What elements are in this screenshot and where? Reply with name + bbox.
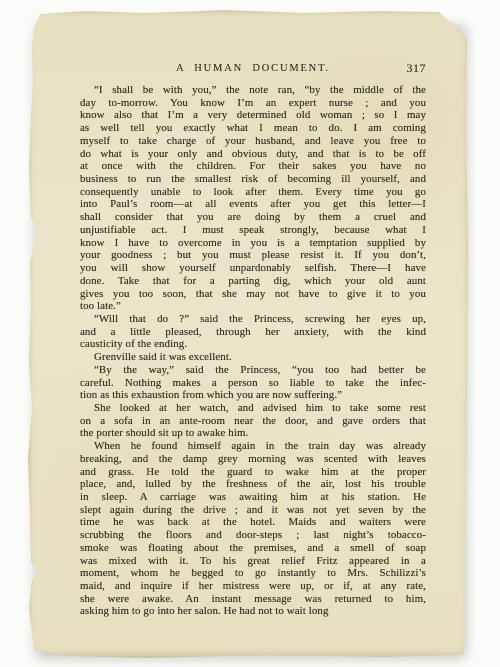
text-line: business to run the smallest risk of bec… (80, 173, 426, 186)
text-line: at once with the children. For their sak… (80, 160, 426, 173)
photo-backdrop: A HUMAN DOCUMENT. 317 “I shall be with y… (0, 0, 500, 667)
text-line: shall consider that you are doing by the… (80, 211, 426, 224)
text-line: “Will that do ?” said the Princess, scre… (80, 313, 426, 326)
text-line: was mixed with it. To his great relief F… (80, 555, 426, 568)
text-line: day to-morrow. You know I’m an expert nu… (80, 97, 426, 110)
text-line: moment, whom he begged to go instantly t… (80, 567, 426, 580)
text-line: gives you too soon, that she may not hav… (80, 288, 426, 301)
text-line: slept again during the drive ; and it wa… (80, 504, 426, 517)
text-line: the porter should sit up to awake him. (80, 427, 426, 440)
text-line: and a little pleased, through her anxiet… (80, 326, 426, 339)
text-line: as well tell you exactly what I mean to … (80, 122, 426, 135)
text-line: in sleep. A carriage was awaiting him at… (80, 491, 426, 504)
page-header: A HUMAN DOCUMENT. 317 (80, 63, 426, 79)
text-line: and grass. He told the guard to wake him… (80, 466, 426, 479)
text-line: maid, and inquire if her mistress were u… (80, 580, 426, 593)
running-head: A HUMAN DOCUMENT. (80, 63, 426, 74)
text-line: time he was back at the hotel. Maids and… (80, 516, 426, 529)
text-line: place, and, lulled by the freshness of t… (80, 478, 426, 491)
text-line: consequently unable to look after them. … (80, 186, 426, 199)
text-line: into Paul’s room—at all events after you… (80, 198, 426, 211)
text-line: asking him to go into her salon. He had … (80, 605, 426, 618)
text-line: know also that I’m a very determined old… (80, 109, 426, 122)
text-line: causticity of the ending. (80, 338, 426, 351)
page-number: 317 (407, 61, 427, 76)
text-line: breaking, and the damp grey morning was … (80, 453, 426, 466)
text-line: She looked at her watch, and advised him… (80, 402, 426, 415)
text-line: Grenville said it was excellent. (80, 351, 426, 364)
text-line: tion as this exhaustion from which you a… (80, 389, 426, 402)
text-line: “I shall be with you,” the note ran, “by… (80, 84, 426, 97)
text-line: careful. Nothing makes a person so liabl… (80, 377, 426, 390)
text-line: know I have to overcome in you is a temp… (80, 237, 426, 250)
text-line: smoke was floating about the premises, a… (80, 542, 426, 555)
book-page: A HUMAN DOCUMENT. 317 “I shall be with y… (26, 8, 470, 658)
text-line: myself to take charge of your husband, a… (80, 135, 426, 148)
text-line: “By the way,” said the Princess, “you to… (80, 364, 426, 377)
text-line: scrubbing the floors and door-steps ; la… (80, 529, 426, 542)
text-line: your goodness ; but you must please resi… (80, 249, 426, 262)
text-line: done. Take that for a parting dig, which… (80, 275, 426, 288)
text-line: she were awake. An instant message was r… (80, 593, 426, 606)
text-line: unjustifiable act. I must speak strongly… (80, 224, 426, 237)
page-body: “I shall be with you,” the note ran, “by… (80, 84, 426, 618)
text-line: too late.” (80, 300, 426, 313)
text-line: you will show yourself unpardonably self… (80, 262, 426, 275)
text-line: on a sofa in an ante-room near the door,… (80, 415, 426, 428)
text-line: do what is your only and obvious duty, a… (80, 148, 426, 161)
text-line: When he found himself again in the train… (80, 440, 426, 453)
